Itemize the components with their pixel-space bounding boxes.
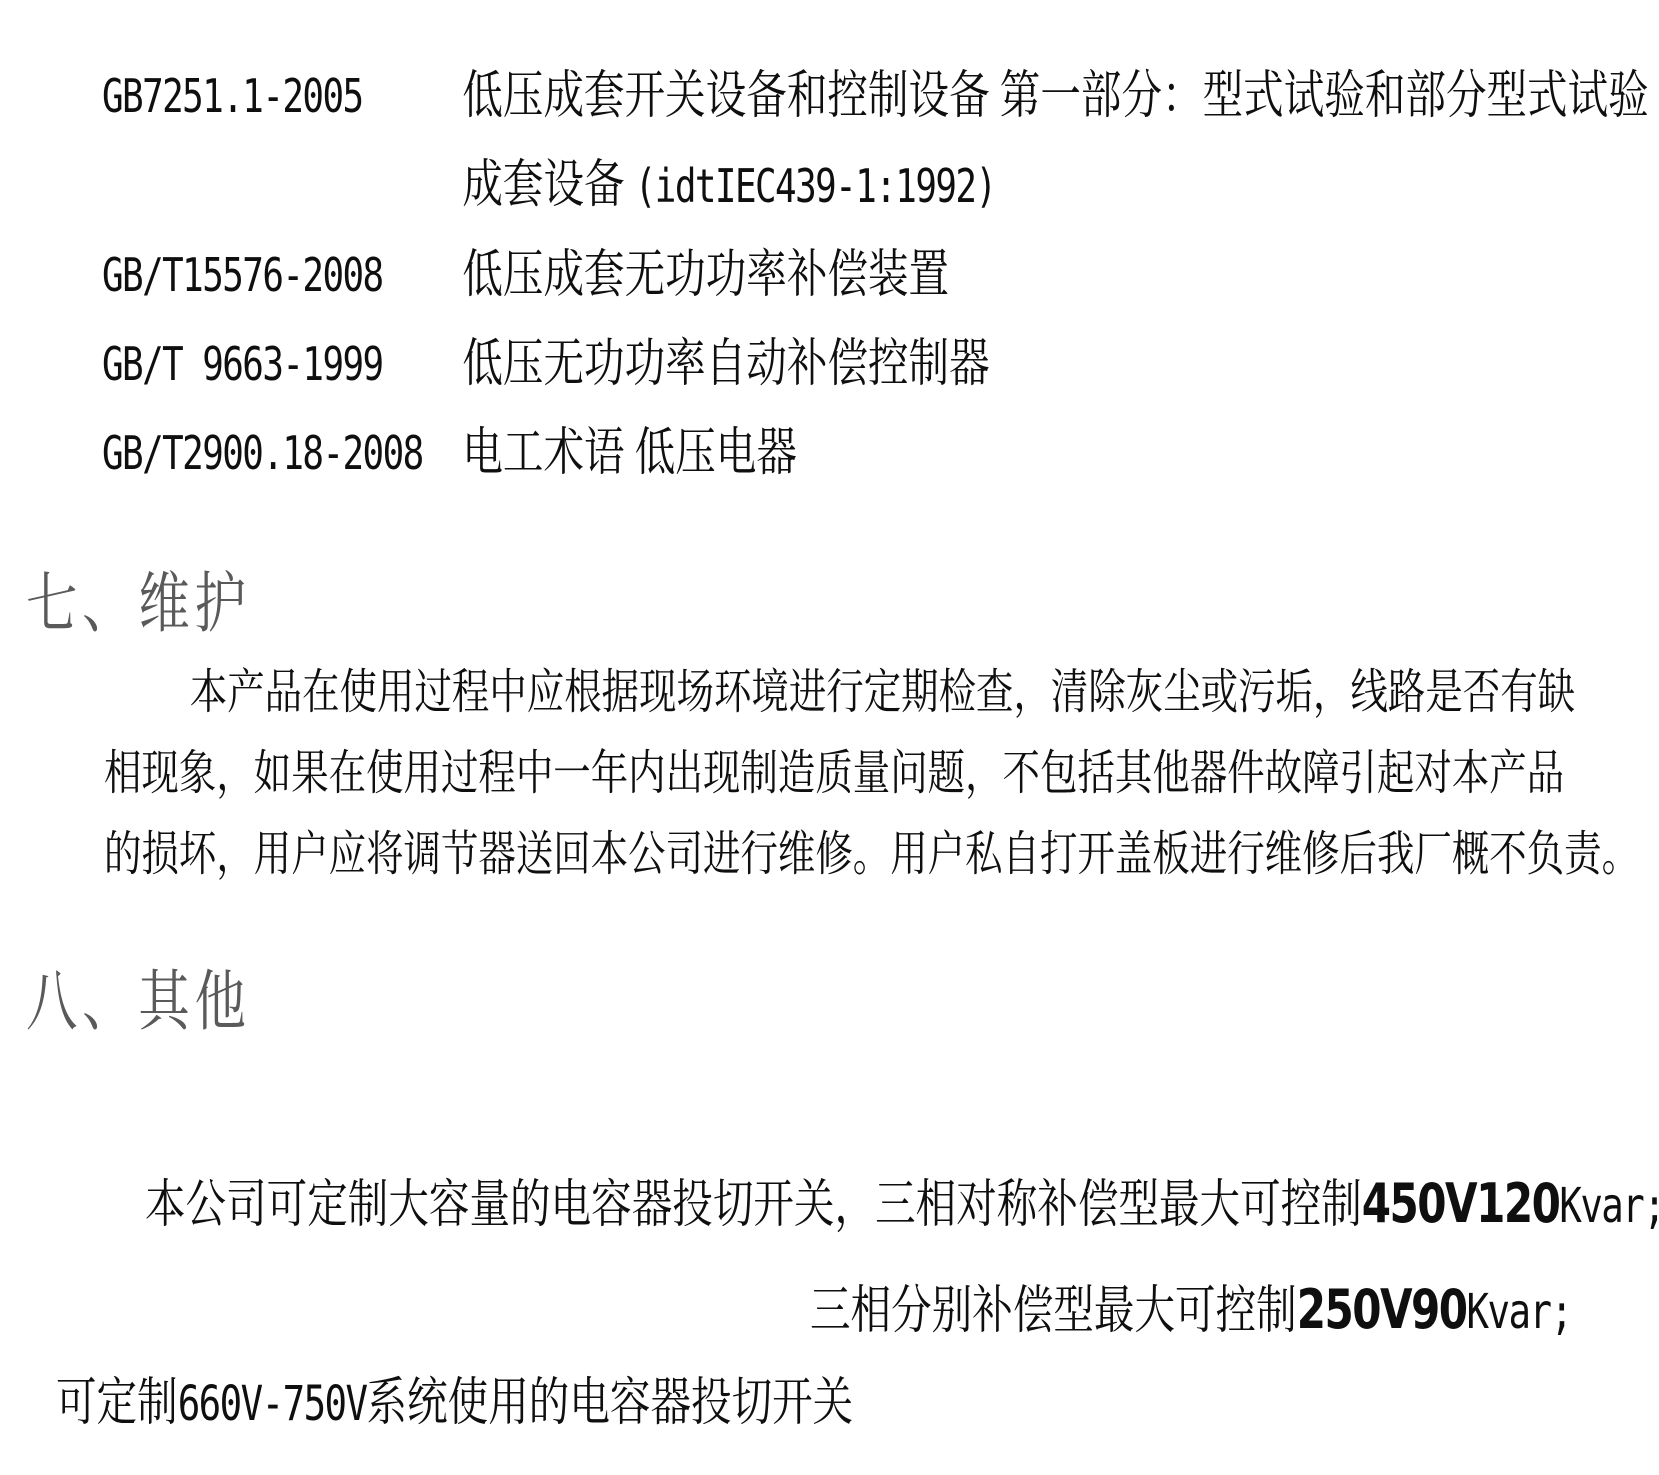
standard-code: GB/T15576-2008 (102, 231, 462, 320)
standard-row: GB7251.1-2005 低压成套开关设备和控制设备 第一部分：型式试验和部分… (102, 52, 1584, 231)
other-line-separate: 三相分别补偿型最大可控制250V90Kvar; (810, 1268, 1571, 1343)
section-heading-maintenance: 七、维护 (26, 550, 251, 645)
other-line-text: 本公司可定制大容量的电容器投切开关，三相对称补偿型最大可控制 (145, 1177, 1362, 1234)
standard-row: GB/T2900.18-2008 电工术语 低压电器 (102, 409, 1584, 498)
standard-row: GB/T 9663-1999 低压无功功率自动补偿控制器 (102, 320, 1584, 409)
other-line-text: 可定制 (56, 1375, 178, 1432)
voltage-range-value: 660V-750V (178, 1376, 367, 1432)
other-line-symmetric: 本公司可定制大容量的电容器投切开关，三相对称补偿型最大可控制450V120Kva… (145, 1162, 1659, 1237)
standard-code: GB/T 9663-1999 (102, 320, 462, 409)
standards-list: GB7251.1-2005 低压成套开关设备和控制设备 第一部分：型式试验和部分… (102, 52, 1584, 498)
standard-description-line: 成套设备 (idtIEC439-1:1992) (462, 141, 1648, 231)
standard-description-latin: (idtIEC439-1:1992) (635, 159, 996, 213)
rating-value: 250V90 (1297, 1278, 1467, 1341)
other-line-custom-voltage: 可定制660V-750V系统使用的电容器投切开关 (56, 1360, 853, 1435)
rating-value: 450V120 (1362, 1172, 1560, 1235)
paragraph-line: 本产品在使用过程中应根据现场环境进行定期检查，清除灰尘或污垢，线路是否有缺 (104, 652, 1563, 733)
rating-unit: Kvar; (1559, 1178, 1659, 1234)
paragraph-line: 的损坏，用户应将调节器送回本公司进行维修。用户私自打开盖板进行维修后我厂概不负责… (104, 814, 1563, 895)
standard-description: 低压成套开关设备和控制设备 第一部分：型式试验和部分型式试验 成套设备 (idt… (462, 52, 1648, 231)
standard-description-line: 低压成套开关设备和控制设备 第一部分：型式试验和部分型式试验 (462, 52, 1648, 141)
other-line-text: 三相分别补偿型最大可控制 (810, 1283, 1297, 1340)
standard-row: GB/T15576-2008 低压成套无功功率补偿装置 (102, 231, 1584, 320)
maintenance-paragraph: 本产品在使用过程中应根据现场环境进行定期检查，清除灰尘或污垢，线路是否有缺 相现… (104, 652, 1563, 895)
section-heading-other: 八、其他 (26, 948, 251, 1043)
standard-code: GB7251.1-2005 (102, 52, 462, 141)
standard-code: GB/T2900.18-2008 (102, 409, 462, 498)
standard-description-cn: 成套设备 (462, 157, 624, 214)
standard-description: 低压无功功率自动补偿控制器 (462, 320, 1584, 409)
rating-unit: Kvar; (1467, 1284, 1572, 1340)
document-page: GB7251.1-2005 低压成套开关设备和控制设备 第一部分：型式试验和部分… (0, 0, 1659, 1475)
other-line-text: 系统使用的电容器投切开关 (367, 1375, 854, 1432)
standard-description: 电工术语 低压电器 (462, 409, 1584, 498)
paragraph-line: 相现象，如果在使用过程中一年内出现制造质量问题，不包括其他器件故障引起对本产品 (104, 733, 1563, 814)
standard-description: 低压成套无功功率补偿装置 (462, 231, 1584, 320)
